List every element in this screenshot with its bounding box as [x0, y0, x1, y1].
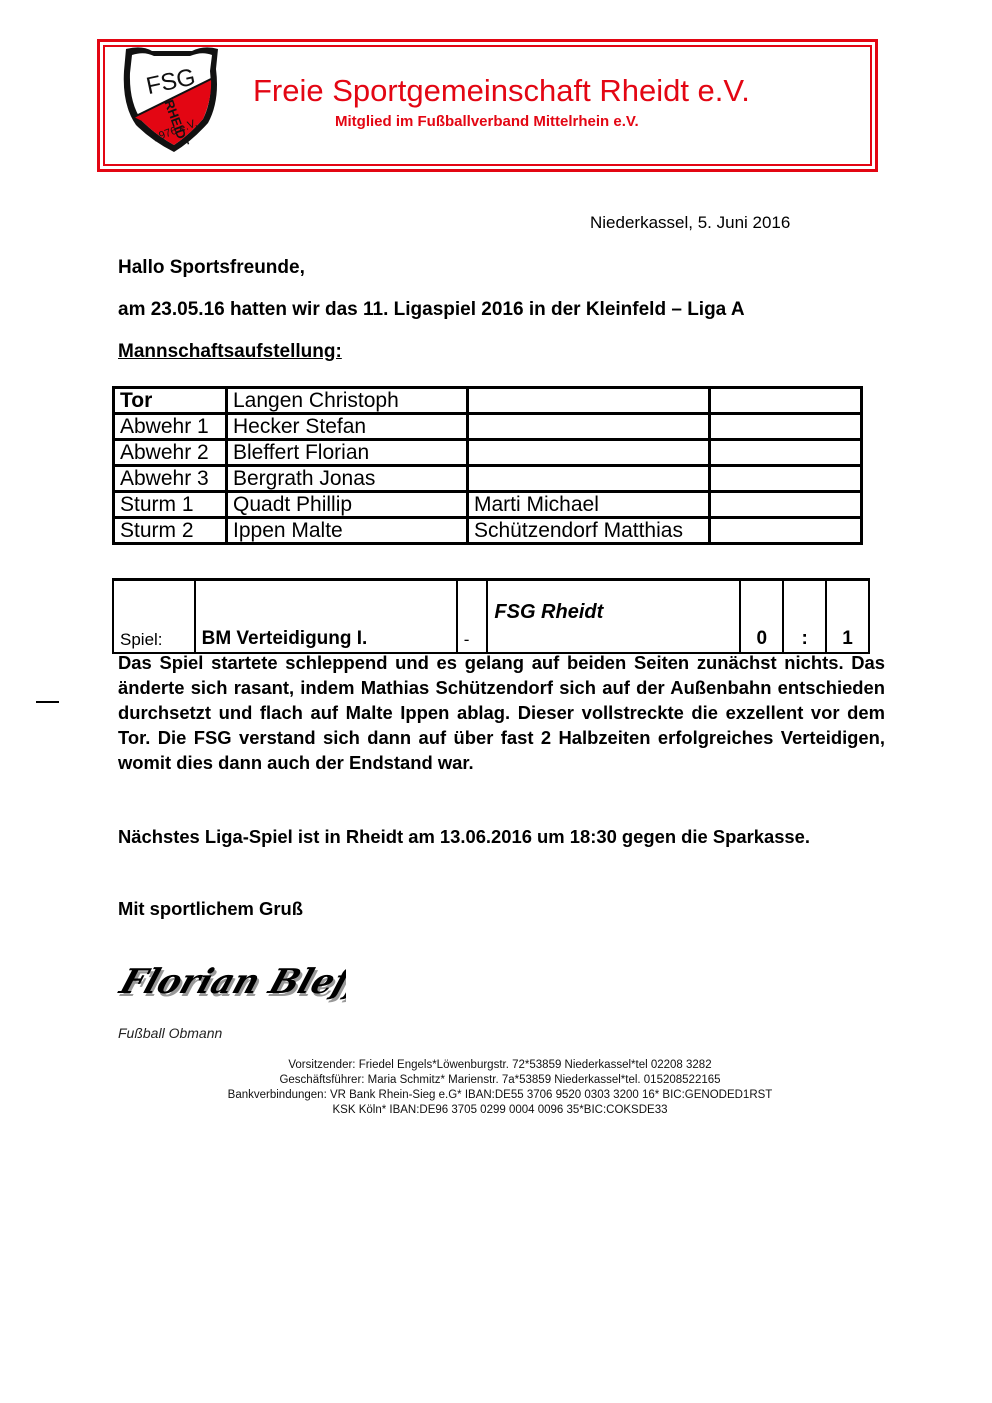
position-cell: Sturm 2 [114, 518, 227, 544]
footer-contact: Vorsitzender: Friedel Engels*Löwenburgst… [100, 1058, 900, 1118]
home-goals: 0 [740, 580, 783, 654]
extra-cell [468, 440, 710, 466]
intro-line: am 23.05.16 hatten wir das 11. Ligaspiel… [118, 299, 745, 321]
footer-line: KSK Köln* IBAN:DE96 3705 0299 0004 0096 … [100, 1103, 900, 1118]
extra2-cell [710, 388, 862, 414]
table-row: Sturm 2 Ippen Malte Schützendorf Matthia… [114, 518, 862, 544]
away-team: FSG Rheidt [487, 580, 740, 654]
position-cell: Abwehr 2 [114, 440, 227, 466]
position-cell: Sturm 1 [114, 492, 227, 518]
player-cell: Hecker Stefan [227, 414, 468, 440]
player-cell: Langen Christoph [227, 388, 468, 414]
table-row: Abwehr 1 Hecker Stefan [114, 414, 862, 440]
extra-cell [468, 414, 710, 440]
extra2-cell [710, 466, 862, 492]
table-row: Abwehr 2 Bleffert Florian [114, 440, 862, 466]
next-game-note: Nächstes Liga-Spiel ist in Rheidt am 13.… [118, 824, 885, 849]
position-cell: Abwehr 1 [114, 414, 227, 440]
match-report: Das Spiel startete schleppend und es gel… [118, 650, 885, 775]
match-label: Spiel: [113, 580, 195, 654]
footer-line: Bankverbindungen: VR Bank Rhein-Sieg e.G… [100, 1088, 900, 1103]
extra2-cell [710, 518, 862, 544]
match-result-table: Spiel: BM Verteidigung I. - FSG Rheidt 0… [112, 578, 870, 654]
extra-cell: Schützendorf Matthias [468, 518, 710, 544]
player-cell: Quadt Phillip [227, 492, 468, 518]
extra2-cell [710, 440, 862, 466]
player-cell: Ippen Malte [227, 518, 468, 544]
club-crest-icon: FSG RHEIDT 1976 e.V. [112, 41, 230, 153]
extra2-cell [710, 492, 862, 518]
club-subtitle: Mitglied im Fußballverband Mittelrhein e… [335, 113, 639, 130]
away-goals: 1 [826, 580, 869, 654]
table-row: Abwehr 3 Bergrath Jonas [114, 466, 862, 492]
extra-cell: Marti Michael [468, 492, 710, 518]
extra-cell [468, 388, 710, 414]
position-cell: Tor [114, 388, 227, 414]
greeting: Hallo Sportsfreunde, [118, 257, 305, 279]
extra-cell [468, 466, 710, 492]
player-cell: Bergrath Jonas [227, 466, 468, 492]
signature: Florian Bleffert Florian Bleffert [116, 934, 346, 1024]
table-row: Sturm 1 Quadt Phillip Marti Michael [114, 492, 862, 518]
table-row: Tor Langen Christoph [114, 388, 862, 414]
lineup-heading: Mannschaftsaufstellung: [118, 341, 342, 363]
position-cell: Abwehr 3 [114, 466, 227, 492]
score-separator: : [783, 580, 826, 654]
svg-text:Florian Bleffert: Florian Bleffert [116, 962, 346, 1002]
home-team: BM Verteidigung I. [195, 580, 457, 654]
match-row: Spiel: BM Verteidigung I. - FSG Rheidt 0… [113, 580, 869, 654]
signer-role: Fußball Obmann [118, 1025, 222, 1041]
club-title: Freie Sportgemeinschaft Rheidt e.V. [253, 73, 750, 109]
footer-line: Vorsitzender: Friedel Engels*Löwenburgst… [100, 1058, 900, 1073]
margin-mark [36, 701, 59, 703]
lineup-table: Tor Langen Christoph Abwehr 1 Hecker Ste… [112, 386, 863, 545]
team-separator: - [457, 580, 488, 654]
player-cell: Bleffert Florian [227, 440, 468, 466]
closing-line: Mit sportlichem Gruß [118, 898, 303, 920]
extra2-cell [710, 414, 862, 440]
place-date: Niederkassel, 5. Juni 2016 [590, 213, 790, 233]
footer-line: Geschäftsführer: Maria Schmitz* Marienst… [100, 1073, 900, 1088]
